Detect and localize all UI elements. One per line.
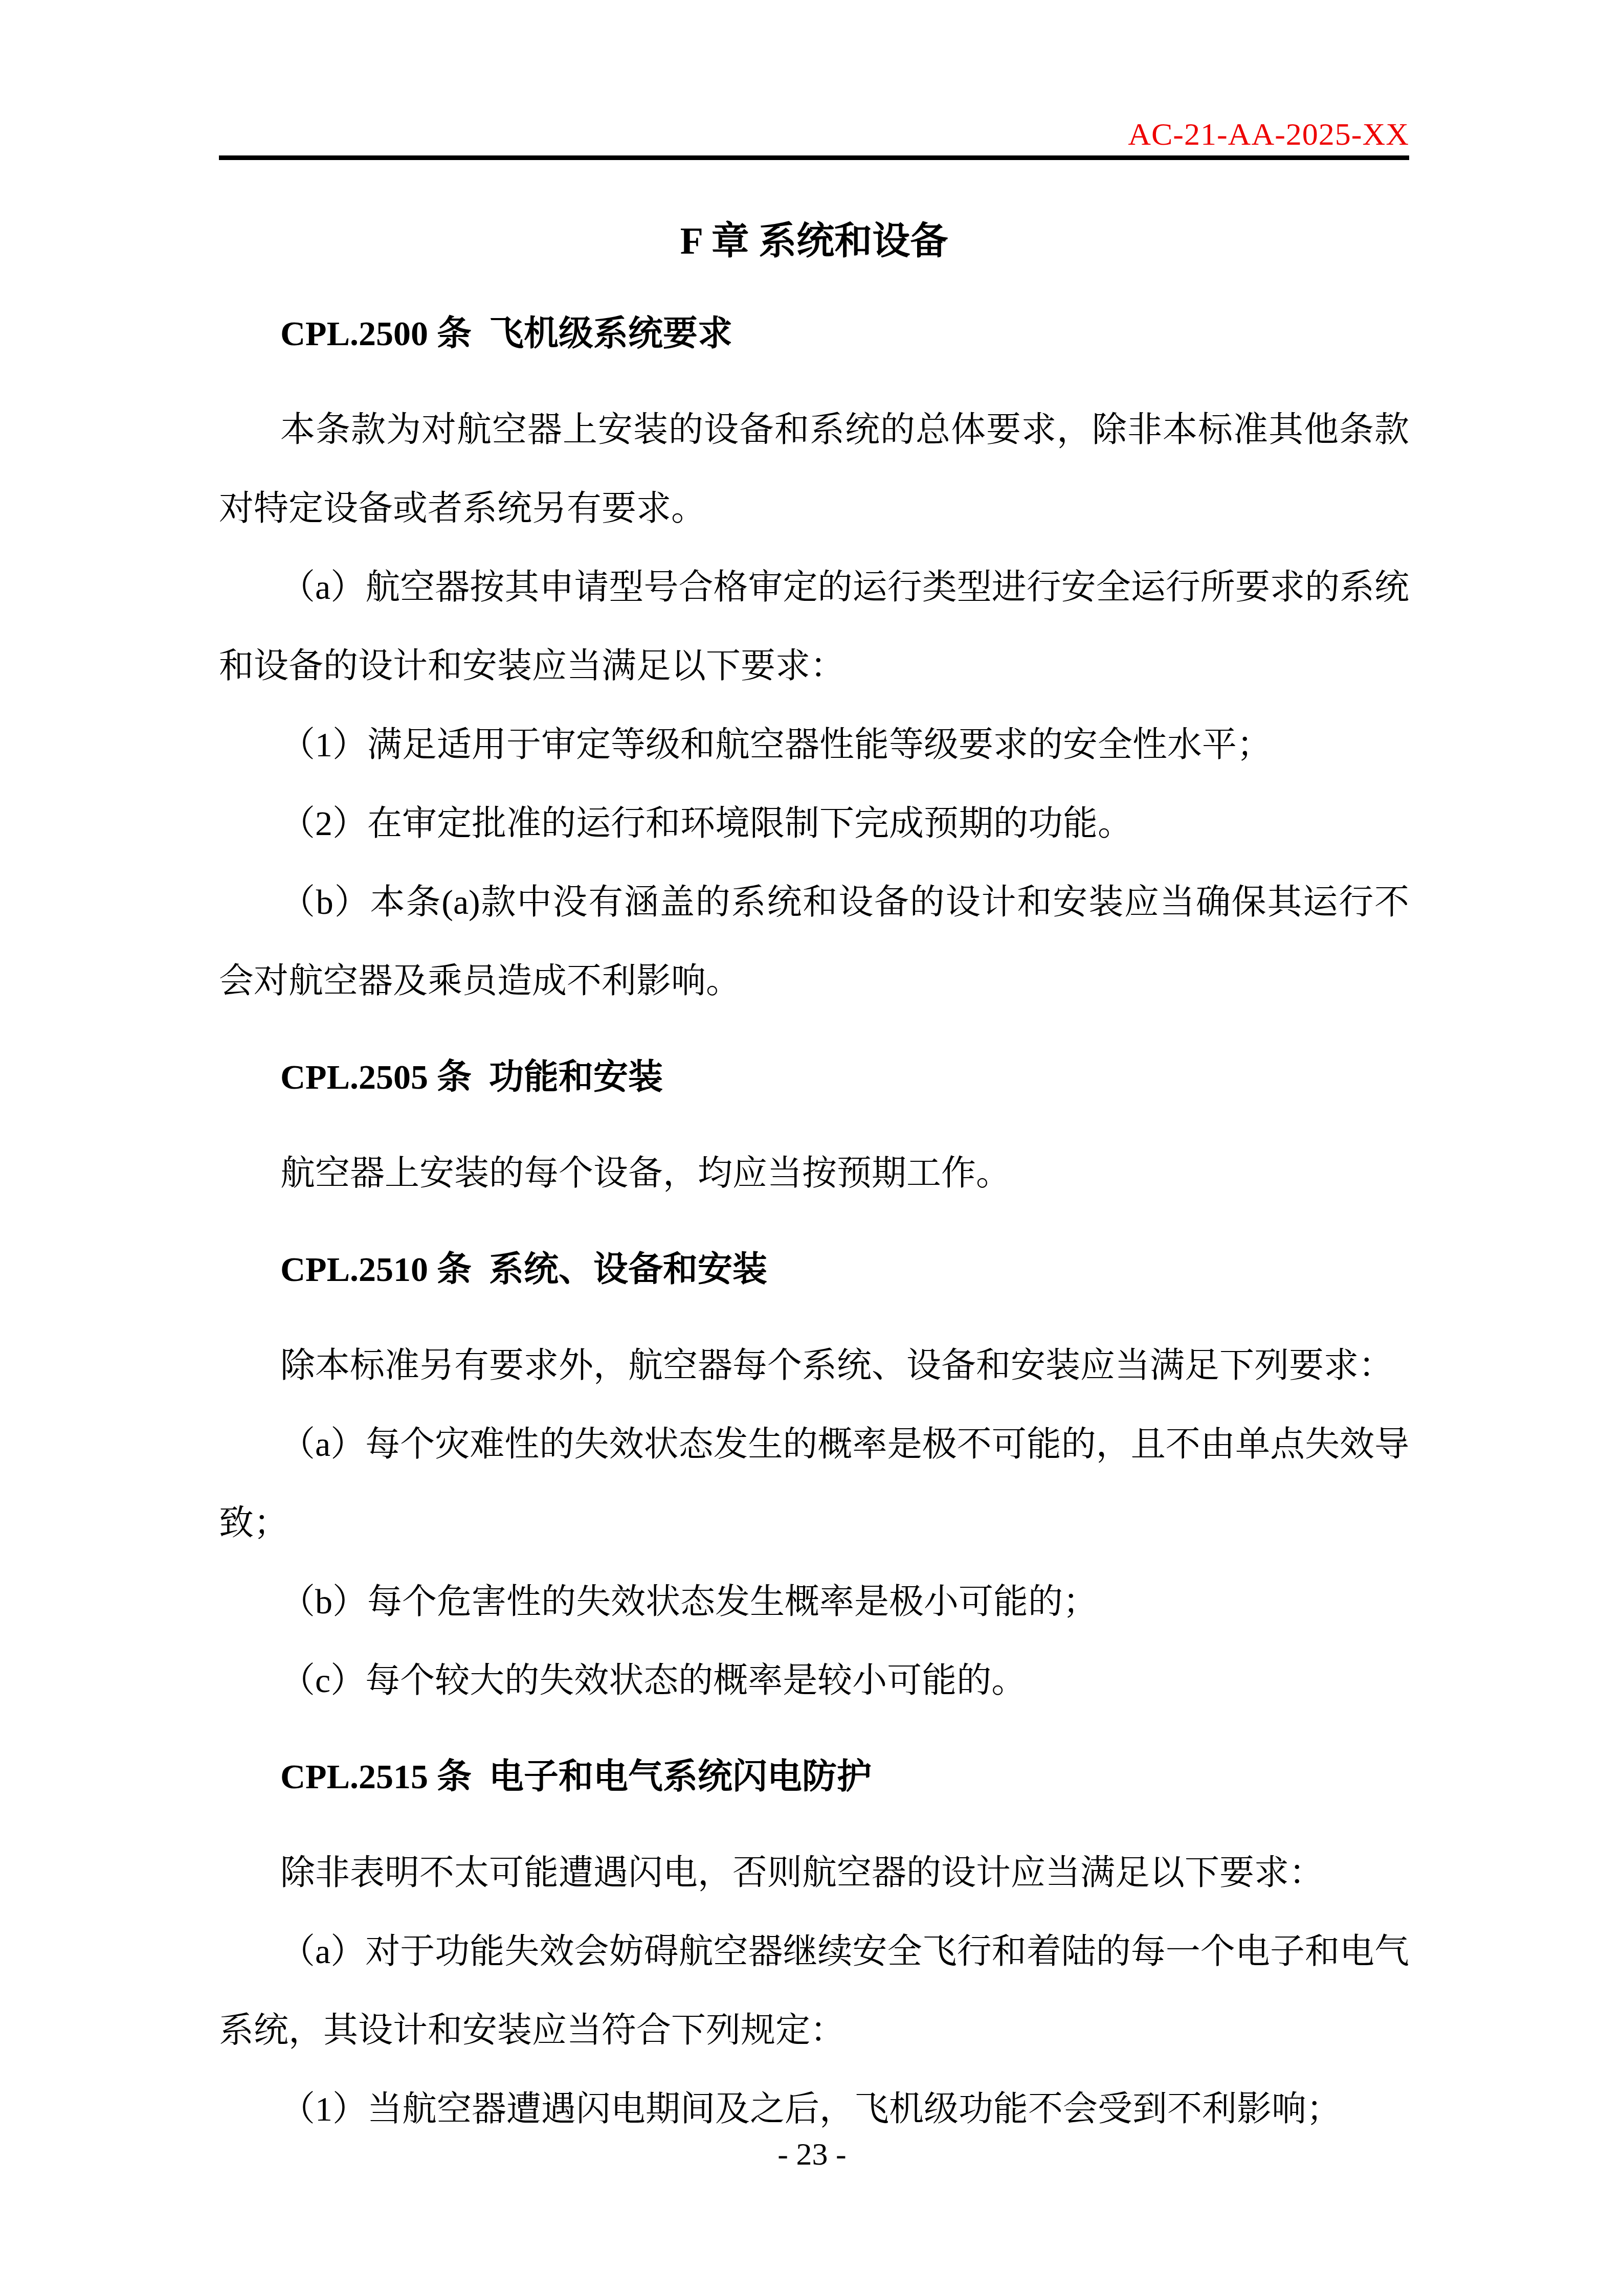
section-heading-cpl2500: CPL.2500 条 飞机级系统要求 (219, 312, 1409, 354)
paragraph: （b）本条(a)款中没有涵盖的系统和设备的设计和安装应当确保其运行不会对航空器及… (219, 863, 1409, 1020)
page-content: AC-21-AA-2025-XX F 章 系统和设备 CPL.2500 条 飞机… (219, 0, 1409, 2148)
document-number: AC-21-AA-2025-XX (219, 0, 1409, 153)
paragraph: （b）每个危害性的失效状态发生概率是极小可能的； (219, 1562, 1409, 1641)
paragraph: 除非表明不太可能遭遇闪电，否则航空器的设计应当满足以下要求： (219, 1833, 1409, 1912)
section-heading-cpl2510: CPL.2510 条 系统、设备和安装 (219, 1248, 1409, 1290)
paragraph: 除本标准另有要求外，航空器每个系统、设备和安装应当满足下列要求： (219, 1326, 1409, 1405)
document-page: AC-21-AA-2025-XX F 章 系统和设备 CPL.2500 条 飞机… (0, 0, 1624, 2296)
paragraph: （a）每个灾难性的失效状态发生的概率是极不可能的，且不由单点失效导致； (219, 1405, 1409, 1562)
section-heading-cpl2505: CPL.2505 条 功能和安装 (219, 1056, 1409, 1098)
paragraph: （2）在审定批准的运行和环境限制下完成预期的功能。 (219, 784, 1409, 863)
paragraph: 本条款为对航空器上安装的设备和系统的总体要求，除非本标准其他条款对特定设备或者系… (219, 390, 1409, 548)
paragraph: 航空器上安装的每个设备，均应当按预期工作。 (219, 1134, 1409, 1212)
chapter-title: F 章 系统和设备 (219, 219, 1409, 264)
page-number: - 23 - (777, 2137, 846, 2172)
paragraph: （a）航空器按其申请型号合格审定的运行类型进行安全运行所要求的系统和设备的设计和… (219, 548, 1409, 705)
section-heading-cpl2515: CPL.2515 条 电子和电气系统闪电防护 (219, 1755, 1409, 1797)
page-header: AC-21-AA-2025-XX (219, 0, 1409, 160)
page-footer: - 23 - (0, 2136, 1624, 2173)
paragraph: （c）每个较大的失效状态的概率是较小可能的。 (219, 1641, 1409, 1720)
paragraph: （1）满足适用于审定等级和航空器性能等级要求的安全性水平； (219, 705, 1409, 784)
paragraph: （a）对于功能失效会妨碍航空器继续安全飞行和着陆的每一个电子和电气系统，其设计和… (219, 1912, 1409, 2069)
header-rule (219, 155, 1409, 160)
